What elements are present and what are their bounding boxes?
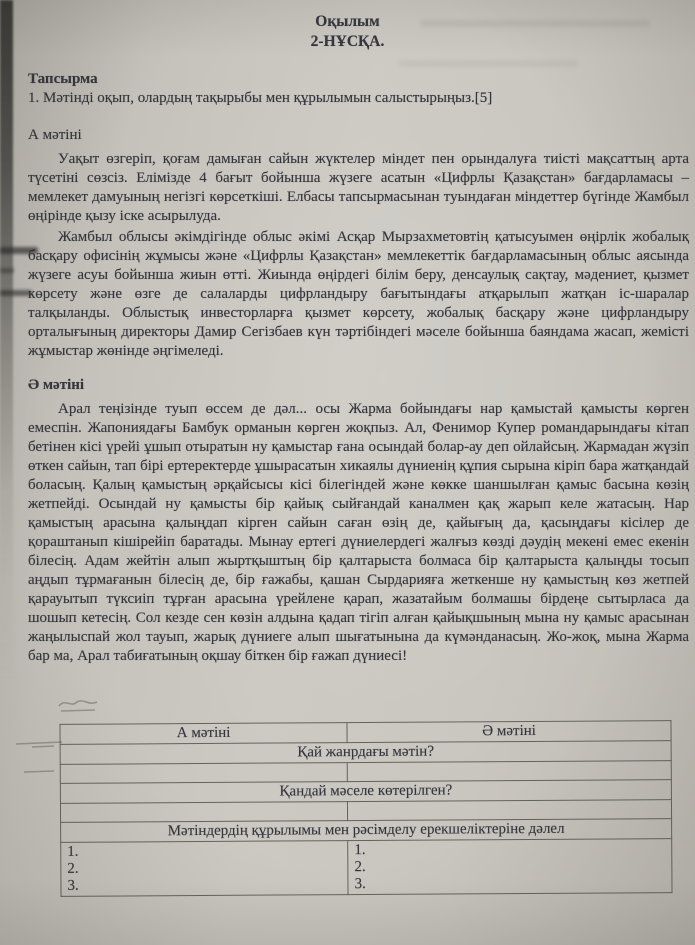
ink-smudge <box>0 247 38 254</box>
document-body: Тапсырма 1. Мәтінді оқып, олардың тақыры… <box>28 70 689 666</box>
list-item: 3. <box>355 874 666 893</box>
answer-cell-b <box>348 800 672 821</box>
task-heading: Тапсырма <box>28 70 689 89</box>
answer-cell-a <box>60 763 347 784</box>
list-item: 2. <box>354 857 665 876</box>
text-b-heading: Ә мәтіні <box>28 376 689 395</box>
list-item: 1. <box>67 842 341 861</box>
numbered-list-a: 1. 2. 3. <box>61 841 348 897</box>
answer-cell-b <box>347 761 671 782</box>
text-a-paragraph-1: Уақыт өзгеріп, қоғам дамыған сайын жүкте… <box>28 150 689 226</box>
ink-bleed-ghost <box>398 60 578 67</box>
col-header-text-b: Ә мәтіні <box>347 721 671 743</box>
spacer <box>28 361 689 376</box>
numbered-list-b: 1. 2. 3. <box>348 839 672 895</box>
ink-smudge <box>0 290 32 296</box>
pencil-scribble <box>55 696 115 716</box>
ink-smudge <box>0 268 14 273</box>
list-item: 1. <box>354 840 665 859</box>
variant-subtitle: 2-НҰСҚА. <box>0 32 695 52</box>
text-a-paragraph-2: Жамбыл облысы әкімдігінде облыс әкімі Ас… <box>28 228 689 361</box>
document-title-block: Оқылым 2-НҰСҚА. <box>0 12 695 52</box>
text-b-paragraph-1: Арал теңізінде туып өссем де дәл... осы … <box>28 400 689 666</box>
list-item: 3. <box>67 876 341 895</box>
page-title: Оқылым <box>0 12 695 32</box>
page-binding-shadow <box>0 0 13 945</box>
col-header-text-a: А мәтіні <box>60 723 347 745</box>
task-instruction: 1. Мәтінді оқып, олардың тақырыбы мен құ… <box>28 89 689 108</box>
text-a-heading: А мәтіні <box>28 126 689 145</box>
comparison-table: А мәтіні Ә мәтіні Қай жанрдағы мәтін? Қа… <box>59 720 672 897</box>
spacer <box>28 108 689 126</box>
scanned-worksheet-page: Оқылым 2-НҰСҚА. Тапсырма 1. Мәтінді оқып… <box>0 0 695 945</box>
answer-cell-a <box>60 802 347 823</box>
numbered-answers-row: 1. 2. 3. 1. 2. 3. <box>61 839 672 897</box>
list-item: 2. <box>67 859 341 878</box>
